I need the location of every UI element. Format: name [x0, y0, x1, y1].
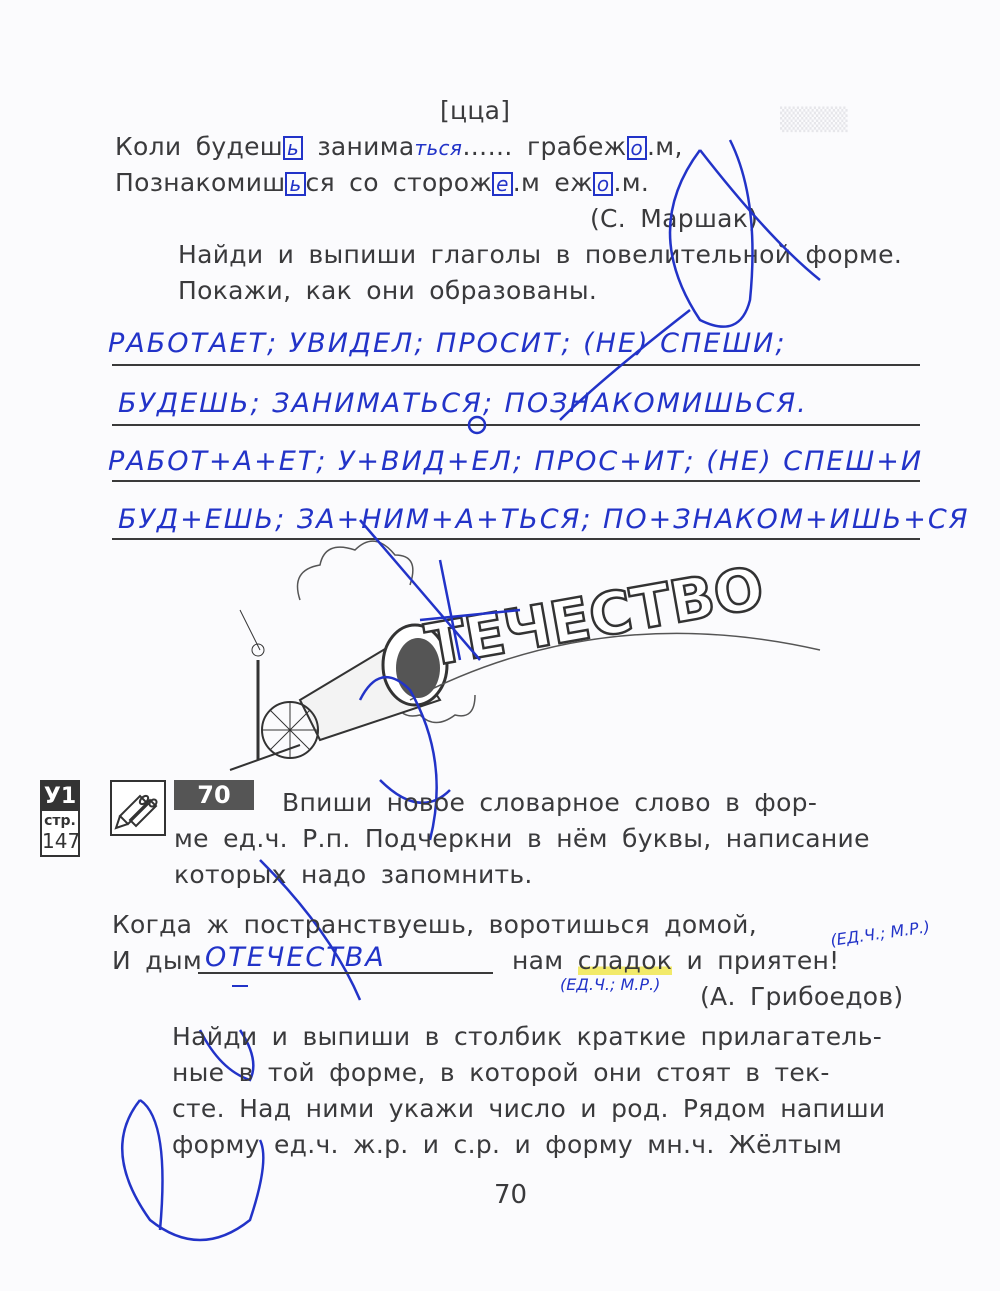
- poem2-line2-start: И дым: [112, 946, 202, 975]
- poem2-line2-end: нам сладок и приятен!: [512, 946, 839, 975]
- bleed-through-text: ▒▒▒▒: [780, 108, 848, 133]
- answer-line: [112, 538, 920, 540]
- handwritten-answer-row4[interactable]: БУД+ЕШЬ; ЗА+НИМ+А+ТЬСЯ; ПО+ЗНАКОМ+ИШЬ+СЯ: [118, 504, 969, 535]
- textbook-reference-badge: У1 стр. 147: [40, 780, 80, 857]
- fill-box[interactable]: ь: [283, 136, 303, 160]
- poem1-line1: Коли будешь заниматься…… грабежо.м,: [115, 132, 683, 161]
- fill-box[interactable]: е: [492, 172, 513, 196]
- task1-line2: Покажи, как они образованы.: [178, 276, 597, 305]
- fill-text[interactable]: ться: [415, 136, 463, 160]
- pencils-icon: [110, 780, 166, 836]
- handwritten-answer-row3[interactable]: РАБОТ+А+ЕТ; У+ВИД+ЕЛ; ПРОС+ИТ; (НЕ) СПЕШ…: [108, 446, 923, 477]
- workbook-page: ▒▒▒▒ [цца] Коли будешь заниматься…… граб…: [0, 0, 1000, 1291]
- fill-box[interactable]: о: [627, 136, 648, 160]
- annotation-under[interactable]: (ЕД.Ч.; М.Р.): [560, 975, 660, 994]
- exercise70-line2: ме ед.ч. Р.п. Подчеркни в нём буквы, нап…: [174, 824, 870, 853]
- fill-box[interactable]: о: [593, 172, 614, 196]
- handwritten-answer-row2[interactable]: БУДЕШЬ; ЗАНИМАТЬСЯ; ПОЗНАКОМИШЬСЯ.: [118, 388, 808, 419]
- answer-line: [198, 972, 493, 974]
- poem2-author: (А. Грибоедов): [700, 982, 903, 1011]
- task1-line1: Найди и выпиши глаголы в повелительной ф…: [178, 240, 902, 269]
- answer-line: [112, 424, 920, 426]
- exercise70-line1: Впиши новое словарное слово в фор-: [282, 788, 817, 817]
- handwritten-answer-row1[interactable]: РАБОТАЕТ; УВИДЕЛ; ПРОСИТ; (НЕ) СПЕШИ;: [108, 328, 786, 359]
- answer-line: [112, 480, 920, 482]
- poem1-line2: Познакомишься со стороже.м ежо.м.: [115, 168, 649, 197]
- task2-line2: ные в той форме, в которой они стоят в т…: [172, 1058, 830, 1087]
- annotation-right[interactable]: (ЕД.Ч.; М.Р.): [829, 917, 931, 950]
- task2-line4: форму ед.ч. ж.р. и с.р. и форму мн.ч. Жё…: [172, 1130, 842, 1159]
- task2-line3: сте. Над ними укажи число и род. Рядом н…: [172, 1094, 885, 1123]
- task2-line1: Найди и выпиши в столбик краткие прилага…: [172, 1022, 882, 1051]
- poem1-author: (С. Маршак): [590, 204, 758, 233]
- vocabulary-word-answer[interactable]: ОТЕЧЕСТВА: [205, 942, 386, 973]
- fill-box[interactable]: ь: [285, 172, 305, 196]
- answer-line: [112, 364, 920, 366]
- highlighted-word: сладок: [578, 946, 673, 975]
- exercise-number: 70: [174, 780, 254, 810]
- exercise70-line3: которых надо запомнить.: [174, 860, 533, 889]
- svg-text:ТЕЧЕСТВО: ТЕЧЕСТВО: [421, 554, 769, 680]
- transcription: [цца]: [440, 96, 510, 125]
- underline-mark: [232, 985, 248, 987]
- page-number: 70: [494, 1180, 527, 1210]
- poem2-line1: Когда ж постранствуешь, воротишься домой…: [112, 910, 757, 939]
